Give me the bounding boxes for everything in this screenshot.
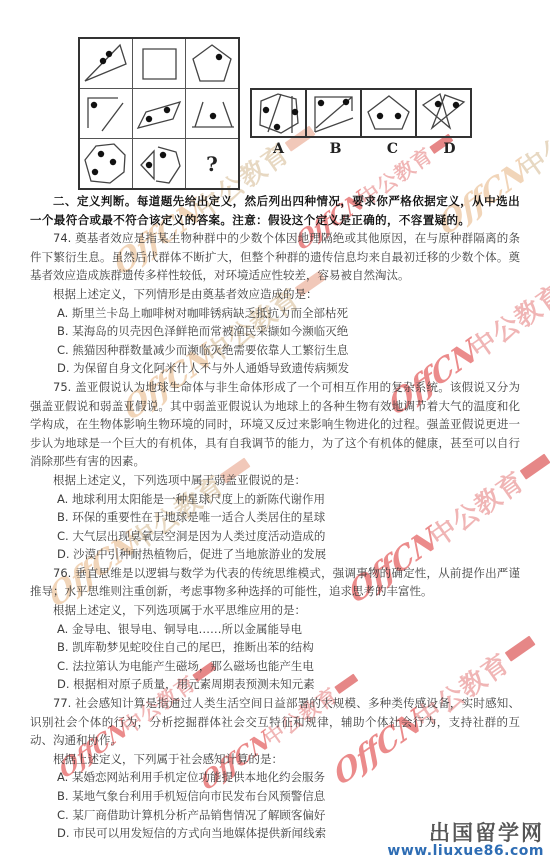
question-75-option-a: A. 地球利用太阳能是一种星球尺度上的新陈代谢作用 xyxy=(57,490,520,509)
question-75-option-d: D. 沙漠中引种耐热植物后，促进了当地旅游业的发展 xyxy=(57,545,520,564)
grid-cell-8 xyxy=(133,139,186,190)
question-76-option-d: D. 根据相对原子质量，用元素周期表预测未知元素 xyxy=(57,675,520,694)
pentagon-two-dots-icon xyxy=(362,90,415,136)
question-76-option-a: A. 金导电、银导电、铜导电……所以金属能导电 xyxy=(57,620,520,639)
question-77-option-a: A. 某婚恋网站利用手机定位功能提供本地化约会服务 xyxy=(57,768,520,787)
footer-site-name: 出国留学网 xyxy=(387,822,544,844)
square-diagonals-two-dots-icon xyxy=(307,90,360,136)
grid-cell-4 xyxy=(79,89,133,139)
question-74-stem: 74. 奠基者效应是指某生物种群中的少数个体因地理隔绝或其他原因，在与原种群隔离… xyxy=(30,229,520,285)
question-77-stem: 77. 社会感知计算是指通过人类生活空间日益部署的大规模、多种类传感设备，实时感… xyxy=(30,694,520,750)
question-76: 76. 垂直思维是以逻辑与数学为代表的传统思维模式，强调事物的确定性，从前提作出… xyxy=(30,564,520,694)
hexagon-line-three-dots-icon xyxy=(252,90,305,136)
watermark-tagline-bar xyxy=(520,453,550,479)
question-74-prompt: 根据上述定义，下列情形是由奠基者效应造成的是： xyxy=(30,285,520,304)
grid-cell-5 xyxy=(133,89,186,139)
option-b-figure[interactable] xyxy=(306,89,361,137)
question-74-option-c: C. 熊猫因种群数量减少而濒临灭绝需要依靠人工繁衍生息 xyxy=(57,341,520,360)
question-74-option-d: D. 为保留自身文化阿米什人不与外人通婚导致遗传病频发 xyxy=(57,359,520,378)
pentagon-one-dot-icon xyxy=(186,40,238,87)
grid-cell-2 xyxy=(133,38,186,89)
question-75-option-c: C. 大气层出现臭氧层空洞是因为人类过度活动造成的 xyxy=(57,527,520,546)
grid-cell-6 xyxy=(186,89,240,139)
question-75-stem: 75. 盖亚假说认为地球生命体与非生命体形成了一个可相互作用的复杂系统。该假说又… xyxy=(30,378,520,471)
trapezoid-one-dot-icon xyxy=(186,90,238,137)
question-74-option-a: A. 斯里兰卡岛上咖啡树对咖啡锈病缺乏抵抗力而全部枯死 xyxy=(57,304,520,323)
question-76-prompt: 根据上述定义，下列选项属于水平思维应用的是： xyxy=(30,601,520,620)
question-76-option-b: B. 凯库勒梦见蛇咬住自己的尾巴，推断出苯的结构 xyxy=(57,638,520,657)
question-75: 75. 盖亚假说认为地球生命体与非生命体形成了一个可相互作用的复杂系统。该假说又… xyxy=(30,378,520,564)
option-a-figure[interactable] xyxy=(251,89,306,137)
grid-cell-3 xyxy=(186,38,240,89)
option-label-a: A xyxy=(250,141,307,157)
answer-option-labels: A B C D xyxy=(250,141,478,157)
question-75-option-b: B. 环保的重要性在于地球是唯一适合人类居住的星球 xyxy=(57,508,520,527)
grid-cell-7 xyxy=(79,139,133,190)
angle-shapes-two-dots-icon xyxy=(133,140,185,187)
answer-options-box xyxy=(250,88,472,138)
site-footer: 出国留学网 www.liuxue86.com xyxy=(387,822,544,859)
footer-site-url: www.liuxue86.com xyxy=(387,844,544,859)
open-square-icon xyxy=(133,40,185,87)
option-d-figure[interactable] xyxy=(416,89,471,137)
question-77-prompt: 根据上述定义，下列属于社会感知计算的是： xyxy=(30,750,520,769)
corner-with-line-one-dot-icon xyxy=(80,90,132,137)
exam-page: OffCN 中公教育 OffCN 中公教育 OffCN 中公教育 OffCN 中… xyxy=(0,0,550,864)
question-74: 74. 奠基者效应是指某生物种群中的少数个体因地理隔绝或其他原因，在与原种群隔离… xyxy=(30,229,520,378)
crossed-triangles-two-dots-icon xyxy=(417,90,470,136)
option-label-b: B xyxy=(307,141,364,157)
question-75-prompt: 根据上述定义，下列选项中属于弱盖亚假说的是： xyxy=(30,471,520,490)
option-label-d: D xyxy=(421,141,478,157)
question-mark: ? xyxy=(206,152,218,176)
question-74-option-b: B. 某海岛的贝壳因色泽鲜艳而常被渔民采撷如今濒临灭绝 xyxy=(57,322,520,341)
question-76-stem: 76. 垂直思维是以逻辑与数学为代表的传统思维模式，强调事物的确定性，从前提作出… xyxy=(30,564,520,601)
watermark-brand-text: 中公教育 xyxy=(512,94,550,186)
exam-text: 二、定义判断。每道题先给出定义，然后列出四种情况，要求你严格依据定义，从中选出一… xyxy=(30,192,520,843)
option-label-c: C xyxy=(364,141,421,157)
section-heading: 二、定义判断。每道题先给出定义，然后列出四种情况，要求你严格依据定义，从中选出一… xyxy=(30,192,520,229)
grid-cell-9: ? xyxy=(186,139,240,190)
grid-cell-1 xyxy=(79,38,133,89)
parallelogram-two-dots-icon xyxy=(133,90,185,137)
triangle-two-dots-icon xyxy=(80,40,132,87)
question-77-option-b: B. 某地气象台利用手机短信向市民发布台风预警信息 xyxy=(57,787,520,806)
question-76-option-c: C. 法拉第认为电能产生磁场，那么磁场也能产生电 xyxy=(57,657,520,676)
puzzle-grid: ? xyxy=(78,37,240,190)
option-c-figure[interactable] xyxy=(361,89,416,137)
heptagon-three-dots-icon xyxy=(80,140,132,187)
